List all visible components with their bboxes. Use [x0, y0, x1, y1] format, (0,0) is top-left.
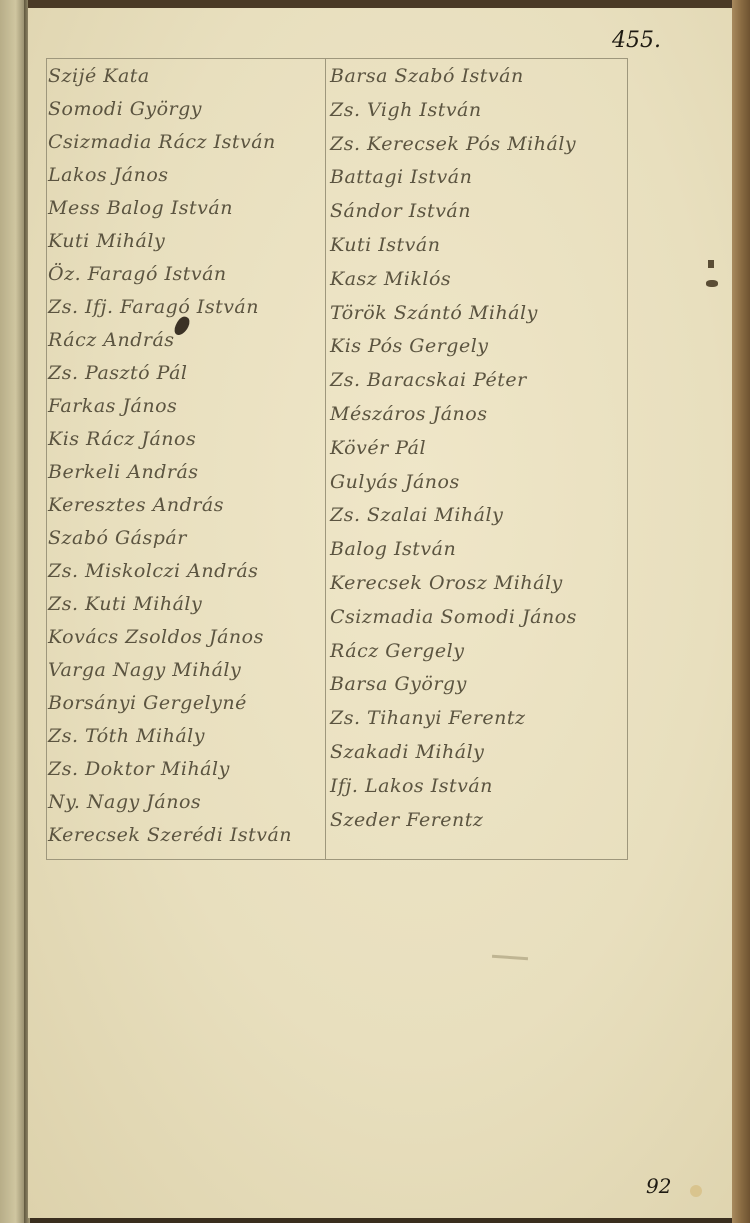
name-entry: Kövér Pál: [330, 432, 624, 466]
name-entry: Barsa György: [330, 668, 624, 702]
name-entry: Kuti Mihály: [48, 225, 324, 258]
name-entry: Öz. Faragó István: [48, 258, 324, 291]
name-entry: Zs. Pasztó Pál: [48, 357, 324, 390]
name-entry: Kuti István: [330, 229, 624, 263]
name-entry: Sándor István: [330, 195, 624, 229]
previous-page-edge: [0, 0, 26, 1223]
name-entry: Zs. Kerecsek Pós Mihály: [330, 128, 624, 162]
name-entry: Szakadi Mihály: [330, 736, 624, 770]
name-entry: Varga Nagy Mihály: [48, 654, 324, 687]
name-entry: Zs. Szalai Mihály: [330, 499, 624, 533]
page-number-bottom: 92: [646, 1174, 671, 1198]
name-entry: Kerecsek Orosz Mihály: [330, 567, 624, 601]
name-entry: Farkas János: [48, 390, 324, 423]
ink-spot: [708, 260, 714, 268]
column-divider: [325, 58, 326, 860]
name-entry: Zs. Baracskai Péter: [330, 364, 624, 398]
names-column-right: Barsa Szabó István Zs. Vigh István Zs. K…: [330, 60, 624, 837]
name-entry: Zs. Doktor Mihály: [48, 753, 324, 786]
name-entry: Mészáros János: [330, 398, 624, 432]
book-top-edge: [28, 0, 750, 8]
name-entry: Berkeli András: [48, 456, 324, 489]
name-entry: Csizmadia Somodi János: [330, 601, 624, 635]
paper-stain: [690, 1185, 702, 1197]
name-entry: Zs. Tóth Mihály: [48, 720, 324, 753]
name-entry: Kis Rácz János: [48, 423, 324, 456]
name-entry: Borsányi Gergelyné: [48, 687, 324, 720]
name-entry: Szijé Kata: [48, 60, 324, 93]
name-entry: Battagi István: [330, 161, 624, 195]
name-entry: Lakos János: [48, 159, 324, 192]
name-entry: Török Szántó Mihály: [330, 297, 624, 331]
name-entry: Zs. Miskolczi András: [48, 555, 324, 588]
ink-spot: [706, 280, 718, 287]
page-stack-edge: [732, 0, 750, 1223]
name-entry: Barsa Szabó István: [330, 60, 624, 94]
name-entry: Rácz Gergely: [330, 635, 624, 669]
name-entry: Kis Pós Gergely: [330, 330, 624, 364]
name-entry: Zs. Kuti Mihály: [48, 588, 324, 621]
name-entry: Kerecsek Szerédi István: [48, 819, 324, 852]
name-entry: Keresztes András: [48, 489, 324, 522]
name-entry: Csizmadia Rácz István: [48, 126, 324, 159]
name-entry: Balog István: [330, 533, 624, 567]
names-column-left: Szijé Kata Somodi György Csizmadia Rácz …: [48, 60, 324, 852]
name-entry: Kasz Miklós: [330, 263, 624, 297]
name-entry: Kovács Zsoldos János: [48, 621, 324, 654]
name-entry: Gulyás János: [330, 466, 624, 500]
name-entry: Zs. Tihanyi Ferentz: [330, 702, 624, 736]
name-entry: Ny. Nagy János: [48, 786, 324, 819]
name-entry: Szeder Ferentz: [330, 804, 624, 838]
name-entry: Mess Balog István: [48, 192, 324, 225]
name-entry: Ifj. Lakos István: [330, 770, 624, 804]
name-entry: Szabó Gáspár: [48, 522, 324, 555]
page-number-top: 455.: [612, 28, 661, 53]
name-entry: Somodi György: [48, 93, 324, 126]
name-entry: Zs. Vigh István: [330, 94, 624, 128]
